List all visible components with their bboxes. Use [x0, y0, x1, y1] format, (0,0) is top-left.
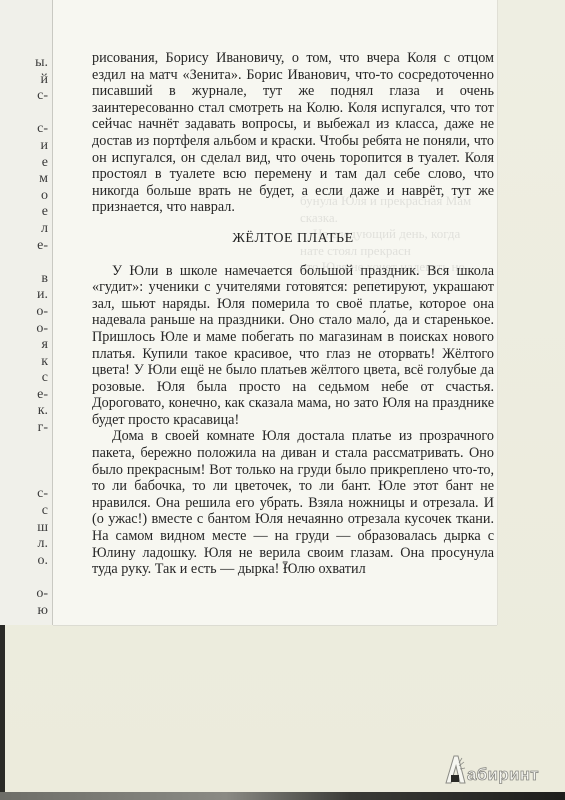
watermark-text: абиринт — [467, 766, 539, 784]
labirint-watermark: абиринт — [444, 754, 539, 784]
page-right-edge — [497, 0, 498, 625]
labirint-logo-icon — [444, 754, 466, 784]
paragraph-continuation: рисования, Борису Ивановичу, о том, что … — [92, 50, 494, 216]
scanner-edge-shadow-left — [0, 625, 5, 800]
paragraph: Дома в своей комнате Юля достала платье … — [92, 428, 494, 577]
section-heading: ЖЁЛТОЕ ПЛАТЬЕ — [92, 231, 494, 248]
previous-page-strip: ы. й с- с- и е м о е л е- в и. о- о- я к… — [0, 0, 52, 625]
scanner-edge-shadow-bottom — [0, 792, 565, 800]
previous-page-line-endings: ы. й с- с- и е м о е л е- в и. о- о- я к… — [35, 55, 48, 619]
page-number: 7 — [282, 558, 288, 573]
page-text: рисования, Борису Ивановичу, о том, что … — [92, 50, 494, 578]
paragraph: У Юли в школе намечается большой праздни… — [92, 263, 494, 429]
